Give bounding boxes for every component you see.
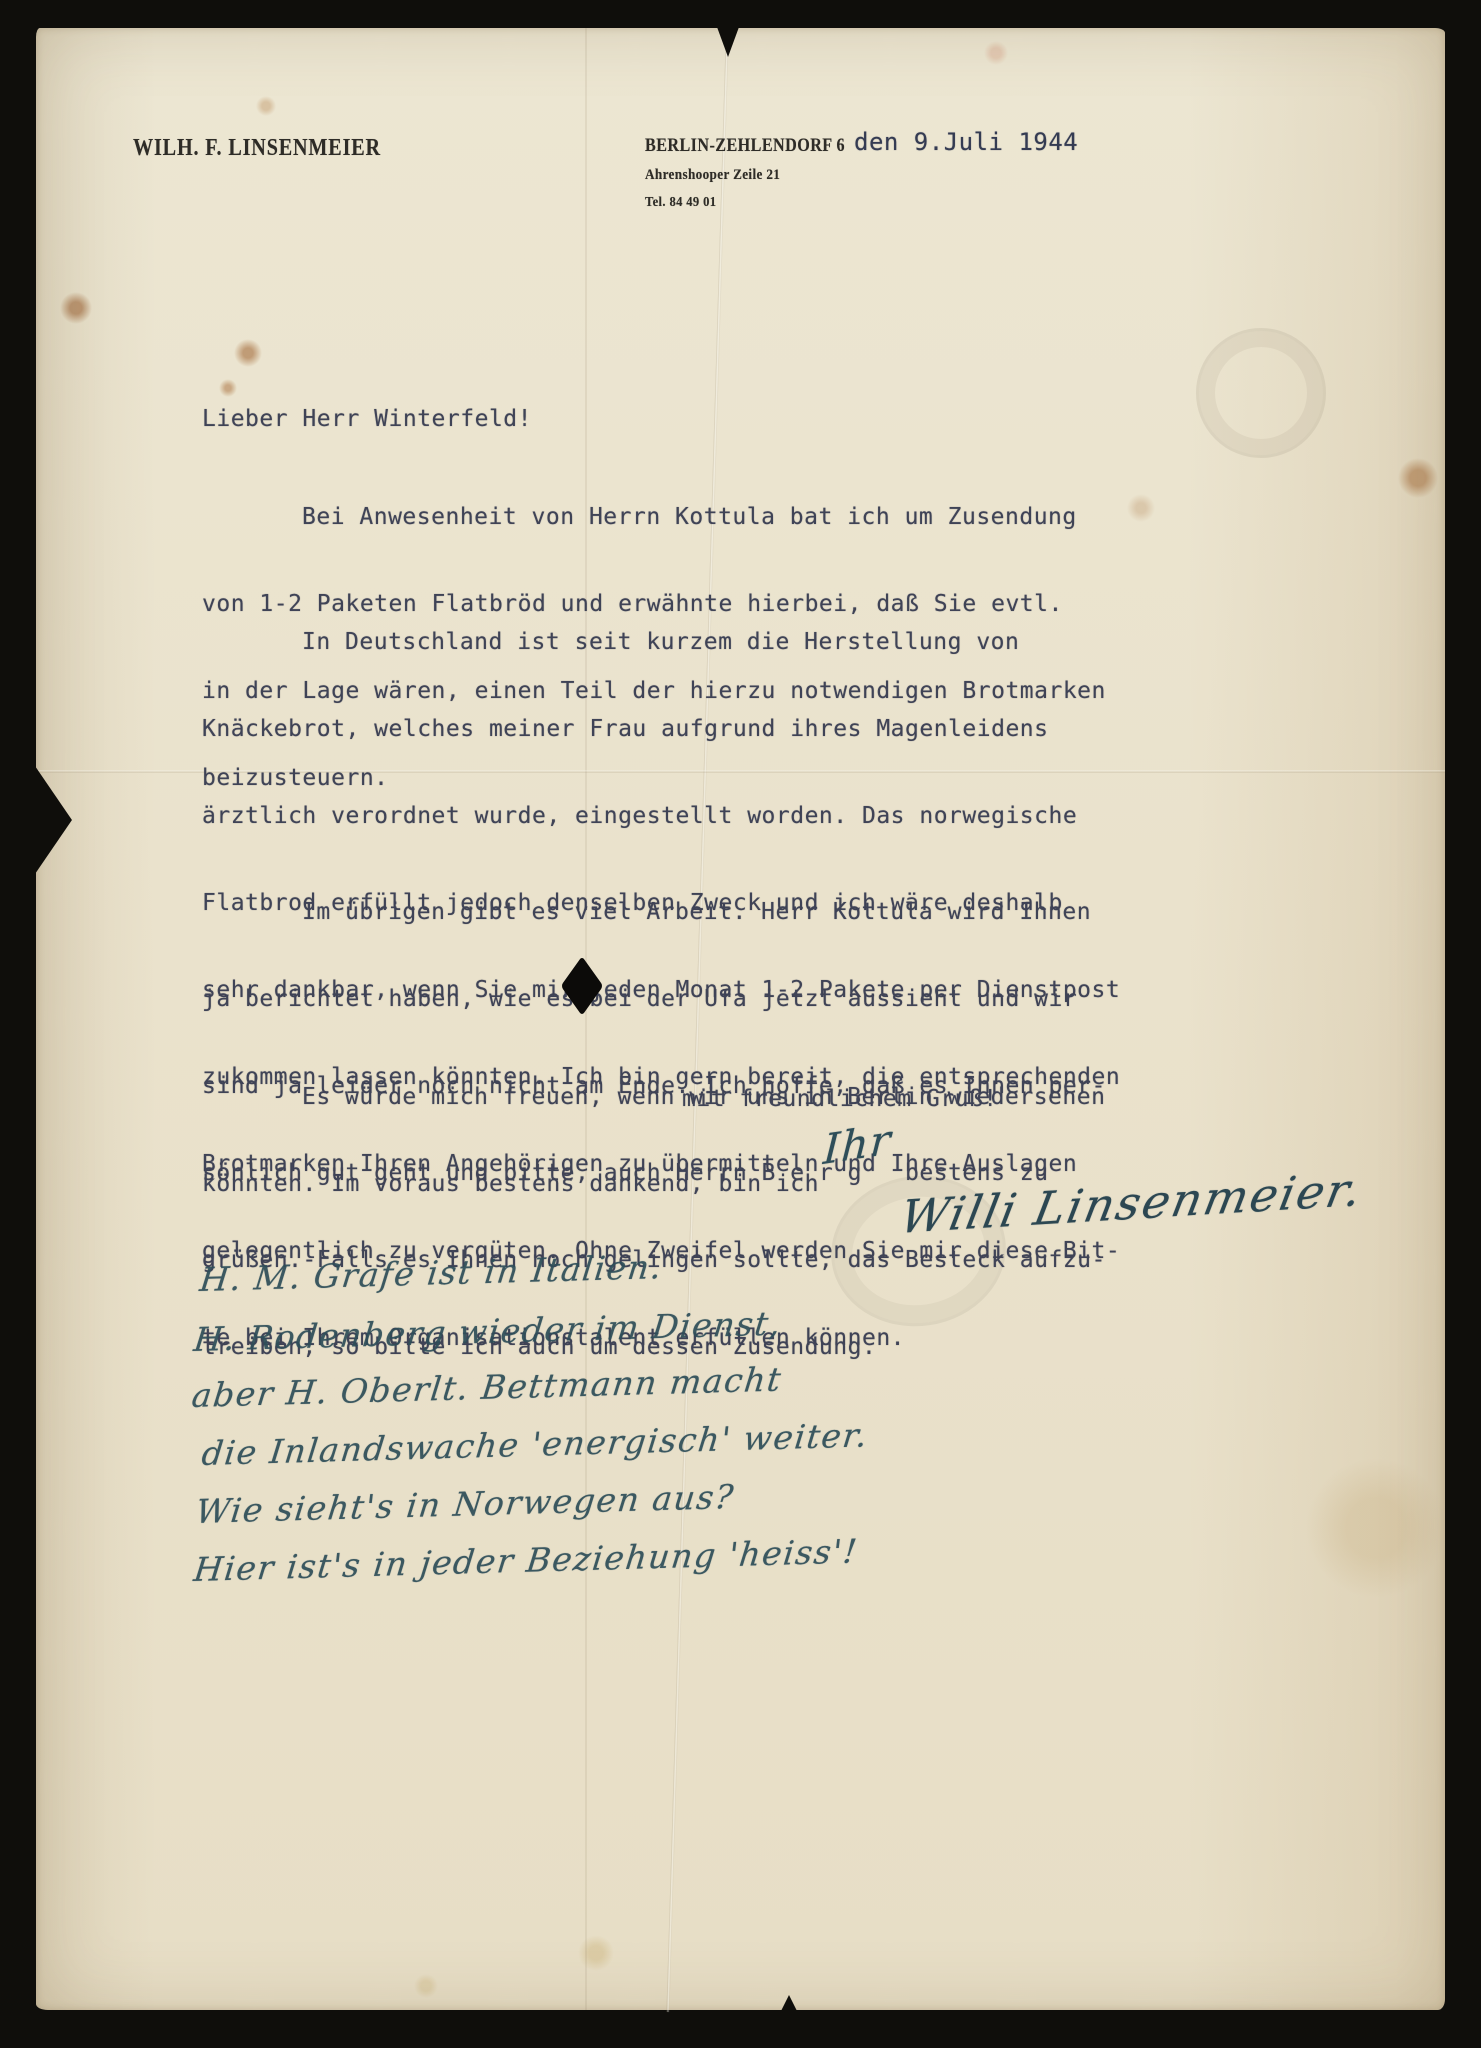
- scan-background: { "letter": { "letterhead": { "sender": …: [0, 0, 1481, 2048]
- typed-line: Im übrigen gibt es viel Arbeit. Herr Kot…: [202, 898, 1106, 927]
- letterhead-sender-name: WILH. F. LINSENMEIER: [133, 135, 381, 162]
- letterhead-address-phone: Tel. 84 49 01: [645, 195, 716, 211]
- postscript-line: Hier ist's in jeder Beziehung 'heiss'!: [192, 1532, 860, 1589]
- typed-line: Knäckebrot, welches meiner Frau aufgrund…: [202, 715, 1120, 744]
- typed-line: In Deutschland ist seit kurzem die Herst…: [202, 628, 1120, 657]
- top-edge-notch: [717, 27, 739, 57]
- letterhead-address-city: BERLIN-ZEHLENDORF 6: [645, 135, 845, 157]
- bottom-edge-notch: [781, 1995, 797, 2011]
- embossed-stamp-ring: [1196, 328, 1326, 458]
- typed-line: ärztlich verordnet wurde, eingestellt wo…: [202, 802, 1120, 831]
- left-edge-tear: [35, 766, 77, 874]
- postscript-line: Wie sieht's in Norwegen aus?: [194, 1477, 737, 1531]
- typed-line: ja berichtet haben, wie es bei der Ufa j…: [202, 985, 1106, 1014]
- closing-line: mit freundlichem Gruß!: [682, 1085, 998, 1114]
- postscript-line: die Inlandswache 'energisch' weiter.: [200, 1415, 871, 1473]
- letterhead-address-street: Ahrenshooper Zeile 21: [645, 167, 780, 184]
- salutation-line: Lieber Herr Winterfeld!: [202, 405, 532, 434]
- typed-line: Bei Anwesenheit von Herrn Kottula bat ic…: [202, 503, 1106, 532]
- letter-page: WILH. F. LINSENMEIER BERLIN-ZEHLENDORF 6…: [36, 28, 1445, 2010]
- letter-date: den 9.Juli 1944: [854, 128, 1078, 157]
